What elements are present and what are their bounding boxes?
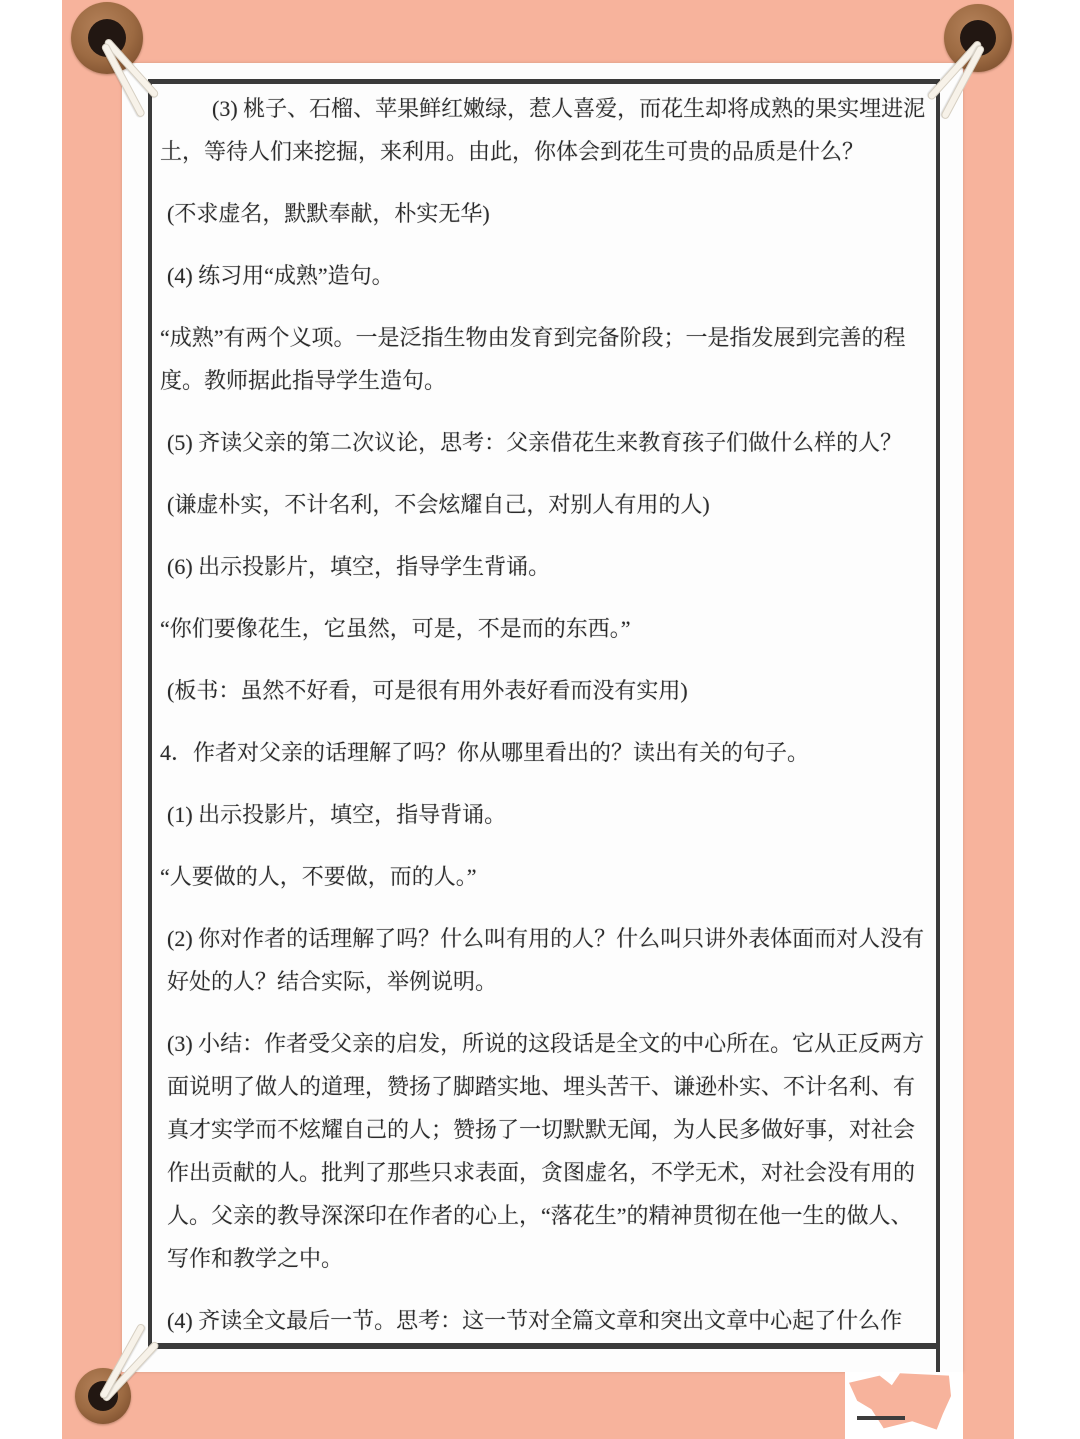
paragraph: (5) 齐读父亲的第二次议论，思考：父亲借花生来教育孩子们做什么样的人？ bbox=[160, 421, 932, 464]
paragraph: (板书：虽然不好看，可是很有用外表好看而没有实用) bbox=[160, 669, 932, 712]
paragraph: “人要做的人，不要做，而的人。” bbox=[160, 855, 932, 898]
paragraph: (4) 齐读全文最后一节。思考：这一节对全篇文章和突出文章中心起了什么作 bbox=[160, 1299, 932, 1342]
paragraph: 4．作者对父亲的话理解了吗？你从哪里看出的？读出有关的句子。 bbox=[160, 731, 932, 774]
paragraph: (4) 练习用“成熟”造句。 bbox=[160, 254, 932, 297]
doc-paragraphs: (3) 桃子、石榴、苹果鲜红嫩绿，惹人喜爱，而花生却将成熟的果实埋进泥土，等待人… bbox=[160, 87, 932, 1342]
watermark-line bbox=[857, 1416, 905, 1420]
paragraph: “成熟”有两个义项。一是泛指生物由发育到完备阶段；一是指发展到完善的程度。教师据… bbox=[160, 316, 932, 402]
paragraph: (6) 出示投影片，填空，指导学生背诵。 bbox=[160, 545, 932, 588]
paragraph: (3) 小结：作者受父亲的启发，所说的这段话是全文的中心所在。它从正反两方面说明… bbox=[160, 1022, 932, 1280]
paragraph: (3) 桃子、石榴、苹果鲜红嫩绿，惹人喜爱，而花生却将成熟的果实埋进泥土，等待人… bbox=[160, 87, 932, 173]
paragraph: “你们要像花生，它虽然，可是，不是而的东西。” bbox=[160, 607, 932, 650]
erased-watermark-area bbox=[845, 1372, 963, 1439]
paragraph: (1) 出示投影片，填空，指导背诵。 bbox=[160, 793, 932, 836]
paragraph: (谦虚朴实，不计名利，不会炫耀自己，对别人有用的人) bbox=[160, 483, 932, 526]
paragraph: (2) 你对作者的话理解了吗？什么叫有用的人？什么叫只讲外表体面而对人没有好处的… bbox=[160, 917, 932, 1003]
document-frame: (3) 桃子、石榴、苹果鲜红嫩绿，惹人喜爱，而花生却将成熟的果实埋进泥土，等待人… bbox=[148, 79, 940, 1349]
watermark-blob bbox=[849, 1372, 951, 1432]
paragraph: (不求虚名，默默奉献，朴实无华) bbox=[160, 192, 932, 235]
scanned-lesson-plan-page: (3) 桃子、石榴、苹果鲜红嫩绿，惹人喜爱，而花生却将成熟的果实埋进泥土，等待人… bbox=[0, 0, 1080, 1439]
